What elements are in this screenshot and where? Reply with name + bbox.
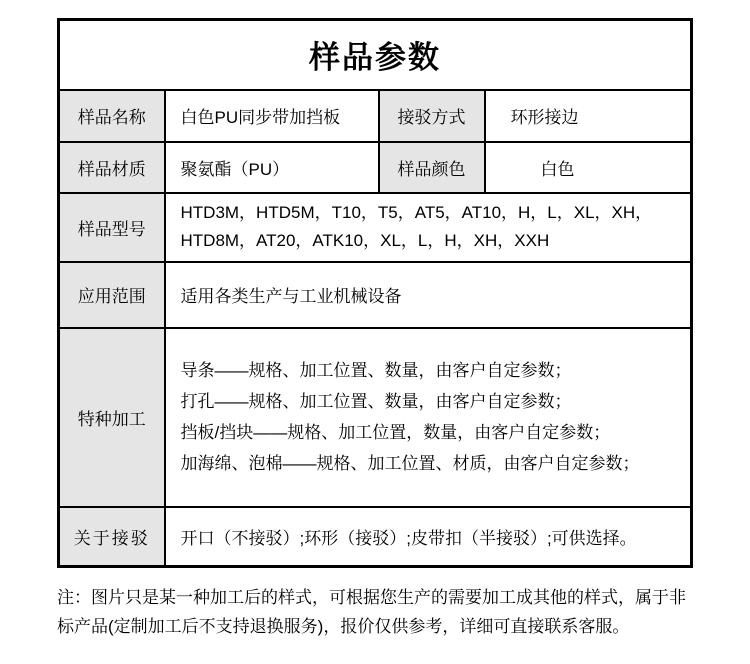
value-joint-method: 环形接边 xyxy=(485,90,692,142)
table-row: 样品名称 白色PU同步带加挡板 接驳方式 环形接边 xyxy=(59,90,692,142)
value-sample-color: 白色 xyxy=(485,142,692,193)
table-row: 样品材质 聚氨酯（PU） 样品颜色 白色 xyxy=(59,142,692,193)
table-row: 样品型号 HTD3M，HTD5M，T10，T5，AT5，AT10，H，L，XL，… xyxy=(59,193,692,262)
value-about-joint: 开口（不接驳）;环形（接驳）;皮带扣（半接驳）;可供选择。 xyxy=(165,507,692,567)
special-processing-line-3: 挡板/挡块——规格、加工位置，数量，由客户自定参数； xyxy=(181,417,691,448)
label-sample-name: 样品名称 xyxy=(59,90,165,142)
table-title-cell: 样品参数 xyxy=(59,20,692,90)
label-sample-model: 样品型号 xyxy=(59,193,165,262)
special-processing-line-2: 打孔——规格、加工位置、数量，由客户自定参数； xyxy=(181,386,691,417)
special-processing-line-4: 加海绵、泡棉——规格、加工位置、材质，由客户自定参数； xyxy=(181,448,691,479)
label-joint-method: 接驳方式 xyxy=(379,90,485,142)
value-sample-name: 白色PU同步带加挡板 xyxy=(165,90,379,142)
label-application-scope: 应用范围 xyxy=(59,262,165,328)
page-title: 样品参数 xyxy=(309,40,441,75)
label-sample-color: 样品颜色 xyxy=(379,142,485,193)
sample-model-line-2: HTD8M，AT20，ATK10，XL，L，H，XH，XXH xyxy=(181,227,691,255)
footer-note-line-1: 注：图片只是某一种加工后的样式，可根据您生产的需要加工成其他的样式，属于非 xyxy=(57,583,693,612)
value-sample-material: 聚氨酯（PU） xyxy=(165,142,379,193)
special-processing-line-1: 导条——规格、加工位置、数量，由客户自定参数； xyxy=(181,355,691,386)
table-row: 应用范围 适用各类生产与工业机械设备 xyxy=(59,262,692,328)
footer-note: 注：图片只是某一种加工后的样式，可根据您生产的需要加工成其他的样式，属于非 标产… xyxy=(57,583,693,641)
label-about-joint: 关于接驳 xyxy=(59,507,165,567)
table-title-row: 样品参数 xyxy=(59,20,692,90)
value-application-scope: 适用各类生产与工业机械设备 xyxy=(165,262,692,328)
value-special-processing: 导条——规格、加工位置、数量，由客户自定参数； 打孔——规格、加工位置、数量，由… xyxy=(165,328,692,507)
sample-parameters-table: 样品参数 样品名称 白色PU同步带加挡板 接驳方式 环形接边 样品材质 聚氨酯（… xyxy=(57,18,693,568)
sample-model-line-1: HTD3M，HTD5M，T10，T5，AT5，AT10，H，L，XL，XH， xyxy=(181,199,691,227)
label-special-processing: 特种加工 xyxy=(59,328,165,507)
footer-note-line-2: 标产品(定制加工后不支持退换服务)，报价仅供参考，详细可直接联系客服。 xyxy=(57,612,693,641)
table-row: 特种加工 导条——规格、加工位置、数量，由客户自定参数； 打孔——规格、加工位置… xyxy=(59,328,692,507)
page: 样品参数 样品名称 白色PU同步带加挡板 接驳方式 环形接边 样品材质 聚氨酯（… xyxy=(0,0,750,664)
value-sample-model: HTD3M，HTD5M，T10，T5，AT5，AT10，H，L，XL，XH， H… xyxy=(165,193,692,262)
table-row: 关于接驳 开口（不接驳）;环形（接驳）;皮带扣（半接驳）;可供选择。 xyxy=(59,507,692,567)
label-sample-material: 样品材质 xyxy=(59,142,165,193)
